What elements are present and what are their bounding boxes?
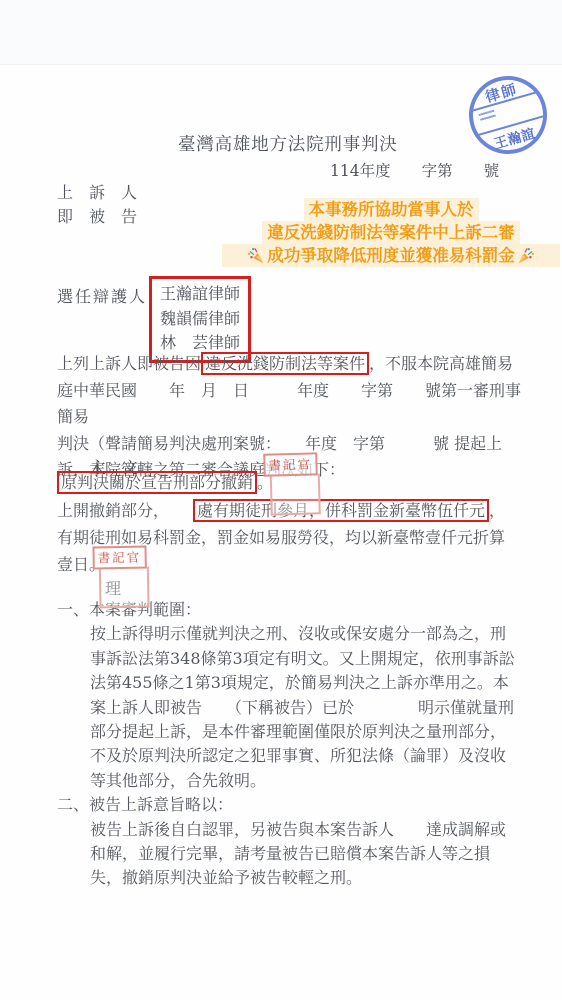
- court-judgment-page: 律師 王瀚誼 臺灣高雄地方法院刑事判決 114年度 字第 號 上 訴 人 即 被…: [0, 0, 562, 1000]
- clerk-stamp-signature-box: [99, 567, 150, 609]
- verdict-l2-suffix: ，: [489, 501, 505, 520]
- intro-l1-pre: 上列上訴人即被告因: [57, 354, 201, 373]
- section-2-line: 失，撤銷原判決並給予被告較輕之刑。: [57, 866, 525, 890]
- clerk-stamp-label: 書記官: [92, 546, 146, 570]
- counsel-highlight-box: 王瀚誼律師 魏韻儒律師 林 芸律師: [149, 276, 251, 363]
- section-2-heading: 二、被告上訴意旨略以：: [57, 793, 525, 817]
- seal-title-text: 律師: [465, 73, 538, 112]
- highlight-verdict: 原判決關於宣告刑部分撤銷: [57, 471, 257, 494]
- verdict-l2-pre: 上開撤銷部分，: [57, 501, 193, 520]
- section-1-line: 按上訴得明示僅就判決之刑、沒收或保安處分一部為之，刑: [57, 622, 525, 646]
- annotation-line-3-text: 成功爭取降低刑度並獲准易科罰金: [265, 246, 517, 265]
- section-1-line: 部分提起上訴，是本件審理範圍僅限於原判決之量刑部分，: [57, 720, 525, 744]
- clerk-stamp-signature-box: [270, 473, 321, 515]
- counsel-name: 王瀚誼律師: [160, 282, 240, 307]
- annotation-line-1: 本事務所協助當事人於: [304, 198, 479, 221]
- annotation-line-2: 違反洗錢防制法等案件中上訴二審: [262, 221, 520, 244]
- section-1-line: 不及於原判決所認定之犯罪事實、所犯法條（論罪）及沒收: [57, 744, 525, 768]
- intro-l1-post: ，不服本院高雄簡易: [369, 354, 513, 373]
- section-2-line: 被告上訴後自白認罪，另被告與本案告訴人 達成調解或: [57, 818, 525, 842]
- top-background-band: [0, 0, 562, 65]
- party-popper-icon: [517, 246, 536, 265]
- document-title: 臺灣高雄地方法院刑事判決: [178, 131, 398, 156]
- counsel-name: 魏韻儒律師: [160, 307, 240, 332]
- verdict-line-3: 有期徒刑如易科罰金，罰金如易服勞役，均以新臺幣壹仟元折算: [57, 525, 505, 548]
- appellant-label: 上 訴 人: [57, 180, 137, 203]
- section-2-line: 和解，並履行完畢，請考量被告已賠償本案告訴人等之損: [57, 842, 525, 866]
- reasons-section: 一、本案審判範圍： 按上訴得明示僅就判決之刑、沒收或保安處分一部為之，刑 事訴訟…: [57, 598, 525, 891]
- verdict-line-1: 原判決關於宣告刑部分撤銷。: [57, 470, 273, 493]
- promo-annotation: 本事務所協助當事人於 違反洗錢防制法等案件中上訴二審 成功爭取降低刑度並獲准易科…: [222, 198, 560, 267]
- section-1-line: 案上訴人即被告 （下稱被告）已於 明示僅就量刑: [57, 696, 525, 720]
- clerk-stamp-label: 書記官: [263, 452, 317, 476]
- party-popper-icon: [246, 246, 265, 265]
- case-number: 114年度 字第 號: [330, 159, 499, 181]
- defendant-label: 即 被 告: [57, 204, 137, 227]
- intro-line-1: 上列上訴人即被告因違反洗錢防制法等案件，不服本院高雄簡易: [57, 351, 525, 378]
- clerk-stamp: 書記官: [263, 452, 321, 515]
- section-1-line: 等其他部分，合先敘明。: [57, 769, 525, 793]
- highlight-case-type: 違反洗錢防制法等案件: [201, 352, 369, 375]
- section-1-line: 事訴訟法第348條第3項定有明文。又上開規定，依刑事訴訟: [57, 647, 525, 671]
- counsel-label: 選任辯護人: [57, 284, 147, 307]
- annotation-line-3: 成功爭取降低刑度並獲准易科罰金: [222, 244, 560, 267]
- lawyer-seal-stamp: 律師 王瀚誼: [460, 67, 556, 163]
- highlight-sentence: 處有期徒刑參月，併科罰金新臺幣伍仟元: [193, 499, 489, 522]
- clerk-stamp: 書記官: [92, 546, 149, 609]
- seal-license-mark: [479, 110, 497, 124]
- intro-line-2: 庭中華民國 年 月 日 年度 字第 號第一審刑事簡易: [57, 378, 525, 431]
- section-1-line: 法第455條之1第3項規定，於簡易判決之上訴亦準用之。本: [57, 671, 525, 695]
